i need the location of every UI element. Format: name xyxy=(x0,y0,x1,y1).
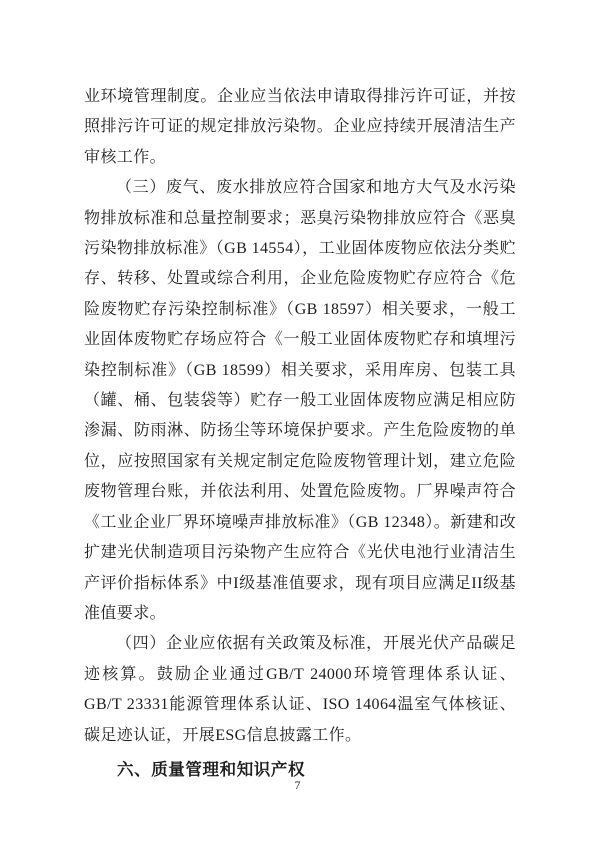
document-body: 业环境管理制度。企业应当依法申请取得排污许可证，并按照排污许可证的规定排放污染物… xyxy=(84,82,516,785)
page-number: 7 xyxy=(0,778,595,793)
paragraph-item-three: （三）废气、废水排放应符合国家和地方大气及水污染物排放标准和总量控制要求；恶臭污… xyxy=(84,173,516,629)
paragraph-item-four: （四）企业应依据有关政策及标准，开展光伏产品碳足迹核算。鼓励企业通过GB/T 2… xyxy=(84,629,516,751)
document-page: 业环境管理制度。企业应当依法申请取得排污许可证，并按照排污许可证的规定排放污染物… xyxy=(0,0,595,841)
paragraph-continuation: 业环境管理制度。企业应当依法申请取得排污许可证，并按照排污许可证的规定排放污染物… xyxy=(84,82,516,173)
